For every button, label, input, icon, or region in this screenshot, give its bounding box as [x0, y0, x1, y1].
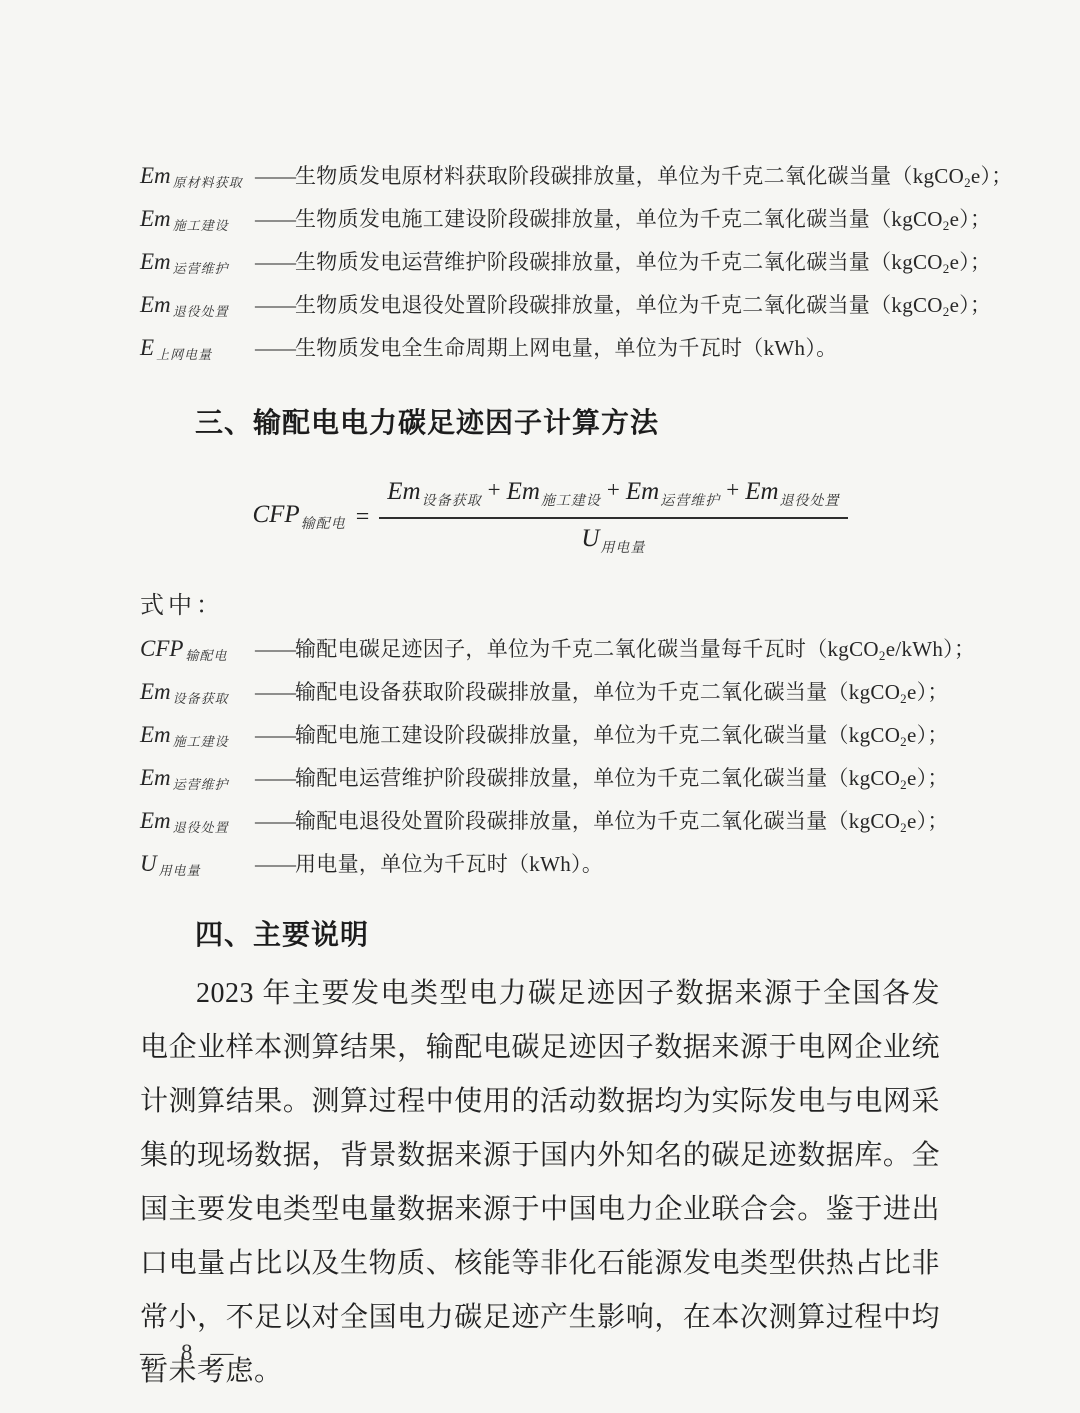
formula: CFP输配电 = Em设备获取+Em施工建设+Em运营维护+Em退役处置 U用电…	[140, 469, 940, 565]
symbol-label: CFP输配电	[140, 636, 255, 664]
symbol-subscript: 退役处置	[173, 304, 229, 319]
symbol: U	[140, 851, 157, 876]
symbol-subscript: 运营维护	[173, 261, 229, 276]
symbol-label: Em退役处置	[140, 808, 255, 836]
section3-title: 三、输配电电力碳足迹因子计算方法	[195, 401, 940, 441]
em-dash: ——	[255, 637, 295, 661]
section4-paragraph: 2023 年主要发电类型电力碳足迹因子数据来源于全国各发电企业样本测算结果，输配…	[140, 967, 940, 1399]
symbol: Em	[140, 249, 171, 274]
symbol-subscript: 用电量	[159, 863, 201, 878]
plus-sign: +	[726, 477, 739, 502]
symbol-label: U用电量	[140, 851, 255, 879]
biomass-definition-list: Em原材料获取 ——生物质发电原材料获取阶段碳排放量，单位为千克二氧化碳当量（k…	[140, 160, 940, 375]
definition-desc: 生物质发电退役处置阶段碳排放量，单位为千克二氧化碳当量（kgCO	[295, 293, 943, 317]
symbol-subscript: 运营维护	[173, 777, 229, 792]
symbol-subscript: 施工建设	[173, 734, 229, 749]
definition-row: CFP输配电 ——输配电碳足迹因子，单位为千克二氧化碳当量每千瓦时（kgCO2e…	[140, 633, 940, 676]
definition-desc: 生物质发电施工建设阶段碳排放量，单位为千克二氧化碳当量（kgCO	[295, 207, 943, 231]
definition-desc-end: e）；	[971, 164, 1013, 188]
em-dash: ——	[255, 164, 295, 188]
formula-lhs-symbol: CFP	[252, 501, 299, 528]
fraction: Em设备获取+Em施工建设+Em运营维护+Em退役处置 U用电量	[379, 477, 847, 557]
unit-subscript: 2	[900, 777, 907, 792]
denominator-symbol: U	[581, 525, 599, 552]
footer-left-dash: —	[140, 1340, 163, 1366]
em-dash: ——	[255, 680, 295, 704]
numerator-symbol: Em	[387, 478, 420, 505]
unit-subscript: 2	[943, 261, 950, 276]
em-dash: ——	[255, 852, 295, 876]
numerator-symbol: Em	[507, 478, 540, 505]
definition-text: ——生物质发电全生命周期上网电量，单位为千瓦时（kWh）。	[255, 332, 837, 363]
definition-desc: 输配电运营维护阶段碳排放量，单位为千克二氧化碳当量（kgCO	[295, 766, 900, 790]
symbol: Em	[140, 765, 171, 790]
symbol-label: Em设备获取	[140, 679, 255, 707]
definition-text: ——生物质发电退役处置阶段碳排放量，单位为千克二氧化碳当量（kgCO2e）；	[255, 289, 991, 320]
symbol: Em	[140, 163, 171, 188]
unit-subscript: 2	[900, 691, 907, 706]
definition-row: E上网电量 ——生物质发电全生命周期上网电量，单位为千瓦时（kWh）。	[140, 332, 940, 375]
definition-desc: 输配电退役处置阶段碳排放量，单位为千克二氧化碳当量（kgCO	[295, 809, 900, 833]
definition-row: Em设备获取 ——输配电设备获取阶段碳排放量，单位为千克二氧化碳当量（kgCO2…	[140, 676, 940, 719]
definition-text: ——用电量，单位为千瓦时（kWh）。	[255, 848, 603, 879]
unit-subscript: 2	[900, 820, 907, 835]
section4-title: 四、主要说明	[195, 913, 940, 953]
definition-row: Em施工建设 ——输配电施工建设阶段碳排放量，单位为千克二氧化碳当量（kgCO2…	[140, 719, 940, 762]
formula-lhs-subscript: 输配电	[301, 517, 346, 532]
symbol-subscript: 上网电量	[156, 347, 212, 362]
em-dash: ——	[255, 293, 295, 317]
unit-subscript: 2	[943, 304, 950, 319]
definition-row: Em退役处置 ——生物质发电退役处置阶段碳排放量，单位为千克二氧化碳当量（kgC…	[140, 289, 940, 332]
unit-subscript: 2	[900, 734, 907, 749]
definition-row: Em原材料获取 ——生物质发电原材料获取阶段碳排放量，单位为千克二氧化碳当量（k…	[140, 160, 940, 203]
definition-row: Em施工建设 ——生物质发电施工建设阶段碳排放量，单位为千克二氧化碳当量（kgC…	[140, 203, 940, 246]
definition-desc: 生物质发电运营维护阶段碳排放量，单位为千克二氧化碳当量（kgCO	[295, 250, 943, 274]
formula-lhs: CFP输配电	[252, 501, 345, 533]
fraction-numerator: Em设备获取+Em施工建设+Em运营维护+Em退役处置	[379, 477, 847, 519]
definition-text: ——输配电施工建设阶段碳排放量，单位为千克二氧化碳当量（kgCO2e）；	[255, 719, 949, 750]
numerator-symbol: Em	[626, 478, 659, 505]
symbol: Em	[140, 808, 171, 833]
symbol: Em	[140, 292, 171, 317]
definition-text: ——输配电设备获取阶段碳排放量，单位为千克二氧化碳当量（kgCO2e）；	[255, 676, 949, 707]
em-dash: ——	[255, 809, 295, 833]
em-dash: ——	[255, 766, 295, 790]
definition-row: Em运营维护 ——生物质发电运营维护阶段碳排放量，单位为千克二氧化碳当量（kgC…	[140, 246, 940, 289]
definition-desc: 生物质发电原材料获取阶段碳排放量，单位为千克二氧化碳当量（kgCO	[295, 164, 964, 188]
symbol-subscript: 退役处置	[173, 820, 229, 835]
symbol-subscript: 设备获取	[173, 691, 229, 706]
definition-desc: 输配电碳足迹因子，单位为千克二氧化碳当量每千瓦时（kgCO	[295, 637, 879, 661]
definition-desc-end: e）；	[907, 680, 949, 704]
symbol-subscript: 施工建设	[173, 218, 229, 233]
unit-subscript: 2	[943, 218, 950, 233]
definition-desc: 输配电施工建设阶段碳排放量，单位为千克二氧化碳当量（kgCO	[295, 723, 900, 747]
definition-desc-end: e）；	[907, 809, 949, 833]
definition-desc-end: e）；	[907, 766, 949, 790]
symbol: Em	[140, 722, 171, 747]
transmission-definition-list: CFP输配电 ——输配电碳足迹因子，单位为千克二氧化碳当量每千瓦时（kgCO2e…	[140, 633, 940, 891]
numerator-subscript: 施工建设	[541, 494, 601, 509]
definition-row: Em运营维护 ——输配电运营维护阶段碳排放量，单位为千克二氧化碳当量（kgCO2…	[140, 762, 940, 805]
footer-right-dash: —	[211, 1340, 234, 1366]
equals-sign: =	[356, 504, 370, 531]
definition-desc-end: e）；	[950, 250, 992, 274]
symbol-subscript: 原材料获取	[173, 175, 243, 190]
plus-sign: +	[488, 477, 501, 502]
numerator-symbol: Em	[745, 478, 778, 505]
fraction-denominator: U用电量	[581, 519, 645, 557]
definition-text: ——输配电退役处置阶段碳排放量，单位为千克二氧化碳当量（kgCO2e）；	[255, 805, 949, 836]
definition-text: ——生物质发电施工建设阶段碳排放量，单位为千克二氧化碳当量（kgCO2e）；	[255, 203, 991, 234]
symbol-label: Em运营维护	[140, 765, 255, 793]
page-footer: — 8 —	[140, 1340, 234, 1366]
numerator-subscript: 运营维护	[660, 494, 720, 509]
symbol: Em	[140, 679, 171, 704]
definition-desc-end: e/kWh）；	[886, 637, 976, 661]
page-content: Em原材料获取 ——生物质发电原材料获取阶段碳排放量，单位为千克二氧化碳当量（k…	[140, 160, 940, 1399]
symbol-label: Em运营维护	[140, 249, 255, 277]
denominator-subscript: 用电量	[600, 541, 645, 556]
em-dash: ——	[255, 336, 295, 360]
definition-desc: 生物质发电全生命周期上网电量，单位为千瓦时（kWh）。	[295, 336, 837, 360]
unit-subscript: 2	[879, 648, 886, 663]
document-page: Em原材料获取 ——生物质发电原材料获取阶段碳排放量，单位为千克二氧化碳当量（k…	[0, 0, 1080, 1413]
em-dash: ——	[255, 723, 295, 747]
where-label: 式中：	[140, 585, 940, 625]
definition-desc-end: e）；	[907, 723, 949, 747]
symbol-label: Em原材料获取	[140, 163, 255, 191]
unit-subscript: 2	[964, 175, 971, 190]
numerator-subscript: 设备获取	[422, 494, 482, 509]
definition-text: ——生物质发电运营维护阶段碳排放量，单位为千克二氧化碳当量（kgCO2e）；	[255, 246, 991, 277]
em-dash: ——	[255, 207, 295, 231]
numerator-subscript: 退役处置	[780, 494, 840, 509]
symbol: E	[140, 335, 154, 360]
symbol: Em	[140, 206, 171, 231]
definition-desc-end: e）；	[950, 207, 992, 231]
plus-sign: +	[607, 477, 620, 502]
page-number: 8	[181, 1340, 193, 1366]
symbol-label: Em退役处置	[140, 292, 255, 320]
definition-text: ——生物质发电原材料获取阶段碳排放量，单位为千克二氧化碳当量（kgCO2e）；	[255, 160, 1013, 191]
symbol-label: Em施工建设	[140, 722, 255, 750]
em-dash: ——	[255, 250, 295, 274]
symbol-subscript: 输配电	[185, 648, 227, 663]
definition-desc: 输配电设备获取阶段碳排放量，单位为千克二氧化碳当量（kgCO	[295, 680, 900, 704]
symbol: CFP	[140, 636, 183, 661]
definition-text: ——输配电运营维护阶段碳排放量，单位为千克二氧化碳当量（kgCO2e）；	[255, 762, 949, 793]
symbol-label: E上网电量	[140, 335, 255, 363]
definition-text: ——输配电碳足迹因子，单位为千克二氧化碳当量每千瓦时（kgCO2e/kWh）；	[255, 633, 975, 664]
definition-row: Em退役处置 ——输配电退役处置阶段碳排放量，单位为千克二氧化碳当量（kgCO2…	[140, 805, 940, 848]
definition-row: U用电量 ——用电量，单位为千瓦时（kWh）。	[140, 848, 940, 891]
symbol-label: Em施工建设	[140, 206, 255, 234]
definition-desc: 用电量，单位为千瓦时（kWh）。	[295, 852, 603, 876]
definition-desc-end: e）；	[950, 293, 992, 317]
